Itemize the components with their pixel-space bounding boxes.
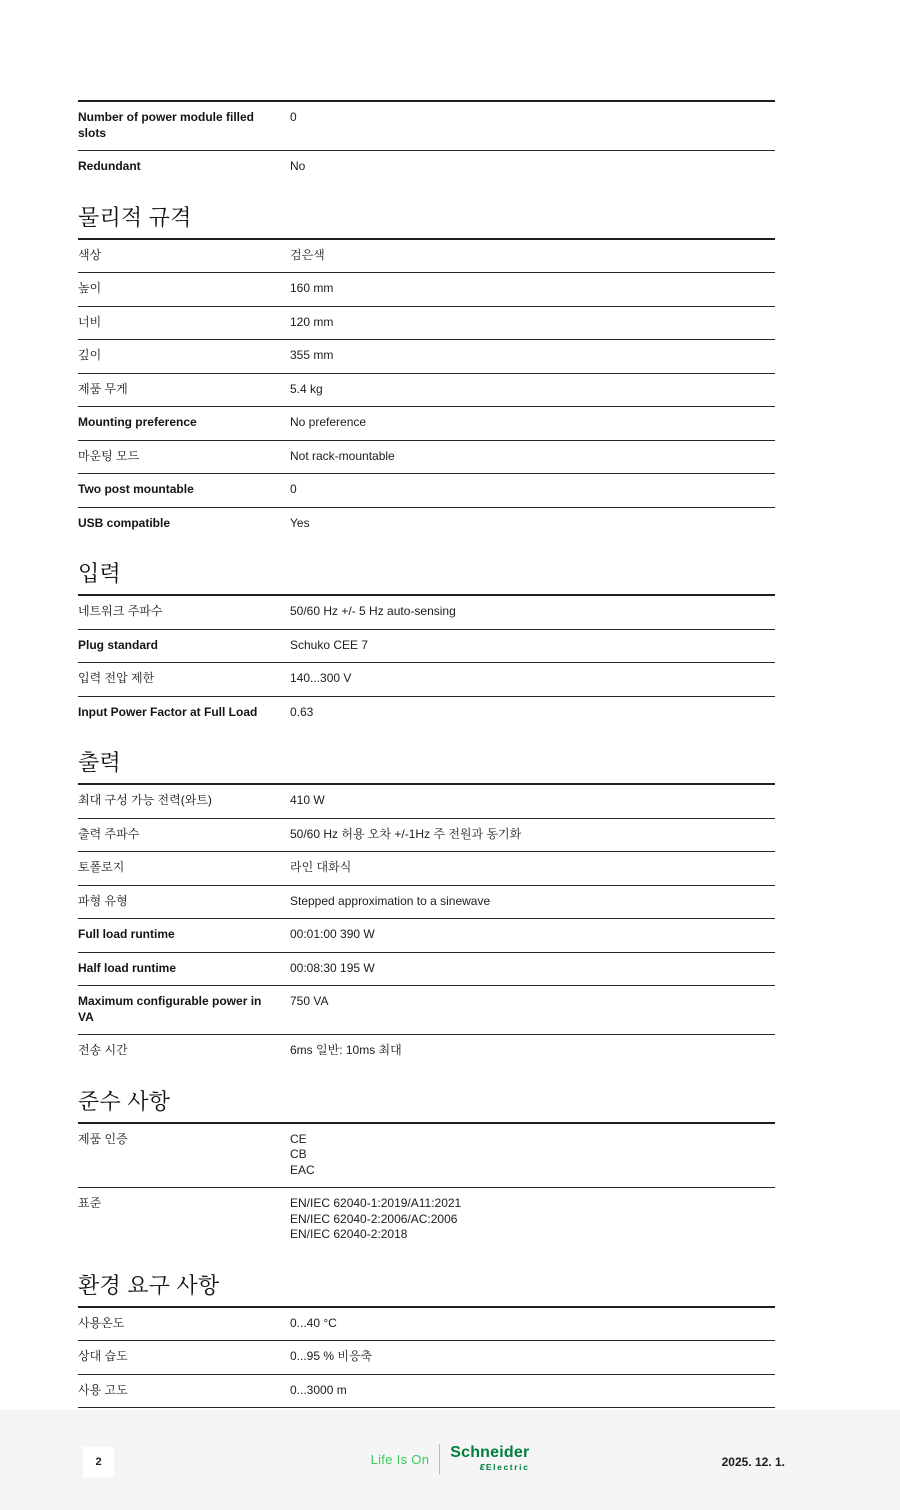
spec-row: 전송 시간6ms 일반: 10ms 최대: [78, 1034, 775, 1068]
spec-value: 00:08:30 195 W: [290, 961, 775, 977]
spec-value-line: 검은색: [290, 248, 775, 264]
spec-label: Two post mountable: [78, 482, 290, 498]
spec-label: 깊이: [78, 348, 290, 364]
spec-row: 너비120 mm: [78, 306, 775, 340]
spec-row: Plug standardSchuko CEE 7: [78, 629, 775, 663]
spec-value-line: No: [290, 159, 775, 175]
spec-label: 상대 습도: [78, 1349, 290, 1365]
spec-value: 140...300 V: [290, 671, 775, 687]
spec-value-line: 140...300 V: [290, 671, 775, 687]
spec-row: 깊이355 mm: [78, 339, 775, 373]
spec-label: Mounting preference: [78, 415, 290, 431]
spec-value: 0.63: [290, 705, 775, 721]
brand-sub-text: Electric: [486, 1463, 530, 1472]
spec-value: Yes: [290, 516, 775, 532]
spec-value-line: 0: [290, 482, 775, 498]
spec-value: 00:01:00 390 W: [290, 927, 775, 943]
spec-value: 0: [290, 482, 775, 498]
spec-value: No: [290, 159, 775, 175]
spec-value-line: EN/IEC 62040-2:2018: [290, 1227, 775, 1243]
spec-row: 상대 습도0...95 % 비응축: [78, 1340, 775, 1374]
spec-label: 사용 고도: [78, 1383, 290, 1399]
spec-value: 0...3000 m: [290, 1383, 775, 1399]
spec-table: 제품 인증CECBEAC표준EN/IEC 62040-1:2019/A11:20…: [78, 1122, 775, 1252]
spec-label: 마운팅 모드: [78, 449, 290, 465]
spec-label: 토폴로지: [78, 860, 290, 876]
section-title: 입력: [78, 561, 775, 587]
spec-label: 제품 인증: [78, 1132, 290, 1148]
spec-value-line: CB: [290, 1147, 775, 1163]
spec-row: 표준EN/IEC 62040-1:2019/A11:2021EN/IEC 620…: [78, 1187, 775, 1252]
spec-row: USB compatibleYes: [78, 507, 775, 541]
spec-row: Mounting preferenceNo preference: [78, 406, 775, 440]
spec-label: 전송 시간: [78, 1043, 290, 1059]
spec-label: 파형 유형: [78, 894, 290, 910]
spec-label: 최대 구성 가능 전력(와트): [78, 793, 290, 809]
section-title: 환경 요구 사항: [78, 1273, 775, 1299]
spec-value-line: Not rack-mountable: [290, 449, 775, 465]
spec-value-line: 50/60 Hz +/- 5 Hz auto-sensing: [290, 604, 775, 620]
brand-sub: εElectric: [480, 1462, 530, 1473]
spec-label: Half load runtime: [78, 961, 290, 977]
spec-value: 6ms 일반: 10ms 최대: [290, 1043, 775, 1059]
spec-value: Not rack-mountable: [290, 449, 775, 465]
spec-value-line: 00:01:00 390 W: [290, 927, 775, 943]
spec-sections: Number of power module filled slots0Redu…: [78, 100, 775, 1474]
spec-value-line: 0...40 °C: [290, 1316, 775, 1332]
life-is-on-tagline: Life Is On: [371, 1452, 430, 1467]
spec-value-line: Yes: [290, 516, 775, 532]
spec-value-line: 0: [290, 110, 775, 126]
brand-lockup: Schneider εElectric: [450, 1445, 529, 1473]
spec-table: 최대 구성 가능 전력(와트)410 W출력 주파수50/60 Hz 허용 오차…: [78, 783, 775, 1068]
spec-value-line: 0...3000 m: [290, 1383, 775, 1399]
section-title: 출력: [78, 750, 775, 776]
spec-label: 표준: [78, 1196, 290, 1212]
spec-value: 50/60 Hz +/- 5 Hz auto-sensing: [290, 604, 775, 620]
spec-value: 검은색: [290, 248, 775, 264]
spec-label: 출력 주파수: [78, 827, 290, 843]
spec-row: 파형 유형Stepped approximation to a sinewave: [78, 885, 775, 919]
footer-date: 2025. 12. 1.: [722, 1455, 785, 1469]
spec-value: 50/60 Hz 허용 오차 +/-1Hz 주 전원과 동기화: [290, 827, 775, 843]
spec-row: 색상검은색: [78, 240, 775, 273]
section-title: 준수 사항: [78, 1089, 775, 1115]
spec-value: 120 mm: [290, 315, 775, 331]
brand-name: Schneider: [450, 1445, 529, 1461]
spec-label: 네트워크 주파수: [78, 604, 290, 620]
spec-label: Plug standard: [78, 638, 290, 654]
spec-value: 라인 대화식: [290, 860, 775, 876]
spec-value: 0...95 % 비응축: [290, 1349, 775, 1365]
spec-value: EN/IEC 62040-1:2019/A11:2021EN/IEC 62040…: [290, 1196, 775, 1243]
spec-label: Number of power module filled slots: [78, 110, 290, 141]
spec-value: 0...40 °C: [290, 1316, 775, 1332]
spec-label: 제품 무게: [78, 382, 290, 398]
spec-label: Input Power Factor at Full Load: [78, 705, 290, 721]
spec-value-line: 160 mm: [290, 281, 775, 297]
spec-row: RedundantNo: [78, 150, 775, 184]
spec-row: 입력 전압 제한140...300 V: [78, 662, 775, 696]
spec-value: 0: [290, 110, 775, 126]
spec-row: 출력 주파수50/60 Hz 허용 오차 +/-1Hz 주 전원과 동기화: [78, 818, 775, 852]
spec-row: 최대 구성 가능 전력(와트)410 W: [78, 785, 775, 818]
spec-row: Two post mountable0: [78, 473, 775, 507]
spec-row: 사용온도0...40 °C: [78, 1308, 775, 1341]
spec-table: 네트워크 주파수50/60 Hz +/- 5 Hz auto-sensingPl…: [78, 594, 775, 729]
spec-value-line: 6ms 일반: 10ms 최대: [290, 1043, 775, 1059]
spec-row: 네트워크 주파수50/60 Hz +/- 5 Hz auto-sensing: [78, 596, 775, 629]
spec-label: 사용온도: [78, 1316, 290, 1332]
spec-value-line: 50/60 Hz 허용 오차 +/-1Hz 주 전원과 동기화: [290, 827, 775, 843]
spec-value-line: 355 mm: [290, 348, 775, 364]
spec-row: 높이160 mm: [78, 272, 775, 306]
spec-value: 160 mm: [290, 281, 775, 297]
spec-value-line: EN/IEC 62040-2:2006/AC:2006: [290, 1212, 775, 1228]
spec-value-line: 410 W: [290, 793, 775, 809]
spec-value: No preference: [290, 415, 775, 431]
spec-row: 사용 고도0...3000 m: [78, 1374, 775, 1408]
spec-table: 색상검은색높이160 mm너비120 mm깊이355 mm제품 무게5.4 kg…: [78, 238, 775, 541]
logo-divider: [439, 1444, 440, 1474]
spec-value-line: CE: [290, 1132, 775, 1148]
spec-row: Input Power Factor at Full Load0.63: [78, 696, 775, 730]
page-footer: 2 Life Is On Schneider εElectric 2025. 1…: [0, 1410, 900, 1510]
spec-label: Full load runtime: [78, 927, 290, 943]
spec-value-line: 120 mm: [290, 315, 775, 331]
spec-row: Full load runtime00:01:00 390 W: [78, 918, 775, 952]
spec-row: 제품 인증CECBEAC: [78, 1124, 775, 1188]
spec-row: Number of power module filled slots0: [78, 102, 775, 150]
spec-value-line: 5.4 kg: [290, 382, 775, 398]
spec-row: Half load runtime00:08:30 195 W: [78, 952, 775, 986]
spec-label: 너비: [78, 315, 290, 331]
section-title: 물리적 규격: [78, 205, 775, 231]
spec-value-line: No preference: [290, 415, 775, 431]
spec-value-line: Stepped approximation to a sinewave: [290, 894, 775, 910]
spec-value-line: 750 VA: [290, 994, 775, 1010]
spec-row: 제품 무게5.4 kg: [78, 373, 775, 407]
spec-value-line: EAC: [290, 1163, 775, 1179]
spec-label: Redundant: [78, 159, 290, 175]
spec-row: Maximum configurable power in VA750 VA: [78, 985, 775, 1034]
spec-value-line: Schuko CEE 7: [290, 638, 775, 654]
spec-label: 입력 전압 제한: [78, 671, 290, 687]
spec-value: 750 VA: [290, 994, 775, 1010]
spec-value: Stepped approximation to a sinewave: [290, 894, 775, 910]
spec-row: 토폴로지라인 대화식: [78, 851, 775, 885]
spec-value: CECBEAC: [290, 1132, 775, 1179]
spec-value-line: EN/IEC 62040-1:2019/A11:2021: [290, 1196, 775, 1212]
spec-row: 마운팅 모드Not rack-mountable: [78, 440, 775, 474]
spec-label: Maximum configurable power in VA: [78, 994, 290, 1025]
spec-value: 410 W: [290, 793, 775, 809]
spec-label: USB compatible: [78, 516, 290, 532]
schneider-glyph-icon: ε: [480, 1462, 485, 1473]
spec-value: 355 mm: [290, 348, 775, 364]
spec-value: 5.4 kg: [290, 382, 775, 398]
spec-value-line: 0.63: [290, 705, 775, 721]
spec-value-line: 라인 대화식: [290, 860, 775, 876]
spec-label: 높이: [78, 281, 290, 297]
spec-value-line: 0...95 % 비응축: [290, 1349, 775, 1365]
spec-value-line: 00:08:30 195 W: [290, 961, 775, 977]
spec-table: Number of power module filled slots0Redu…: [78, 100, 775, 184]
spec-label: 색상: [78, 248, 290, 264]
spec-value: Schuko CEE 7: [290, 638, 775, 654]
